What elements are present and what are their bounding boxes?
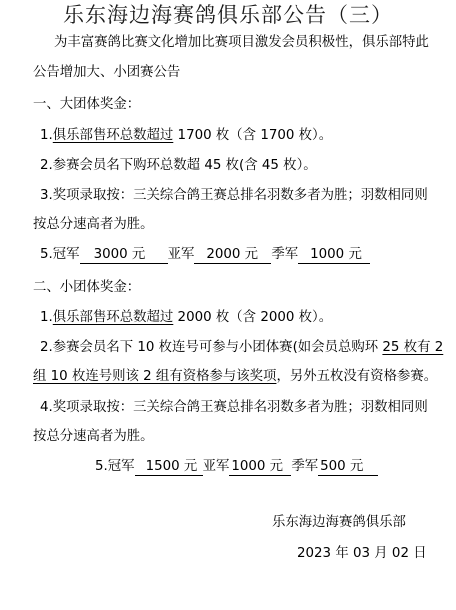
section1-first-label: 冠军 (53, 247, 80, 262)
section2-item1-prefix: 1. (40, 310, 53, 325)
section2-item2-line2: 组 10 枚连号则该 2 组有资格参与该奖项，另外五枚没有资格参赛。 (33, 368, 437, 386)
section1-item3-line1: 3.奖项录取按：三关综合鸽王赛总排名羽数多者为胜；羽数相同则 (40, 187, 428, 205)
section1-third-value: 1000 元 (298, 247, 370, 264)
section1-item1-underlined: 俱乐部售环总数超过 (53, 128, 174, 143)
section1-second-value: 2000 元 (194, 247, 271, 264)
section1-third-label: 季军 (271, 247, 298, 262)
section1-item3-line2: 按总分速高者为胜。 (33, 216, 154, 234)
section1-item2: 2.参赛会员名下购环总数超 45 枚(含 45 枚）。 (40, 157, 317, 175)
document-title: 乐东海边海赛鸽俱乐部公告（三） (0, 2, 456, 28)
section1-prizes-prefix: 5. (40, 247, 53, 262)
section2-item2-line2-underlined: 组 10 枚连号则该 2 组有资格参与该奖项 (33, 369, 276, 384)
signature-date: 2023 年 03 月 02 日 (297, 545, 427, 563)
section2-third-value: 500 元 (318, 459, 378, 476)
section2-item2-line1: 2.参赛会员名下 10 枚连号可参与小团体赛(如会员总购环 25 枚有 2 (40, 339, 443, 357)
section2-prizes-prefix: 5. (95, 459, 108, 474)
signature-organization: 乐东海边海赛鸽俱乐部 (272, 514, 406, 532)
section2-item4-line1: 4.奖项录取按：三关综合鸽王赛总排名羽数多者为胜；羽数相同则 (40, 399, 428, 417)
section2-item1-underlined: 俱乐部售环总数超过 (53, 310, 174, 325)
section1-first-value: 3000 元 (80, 247, 168, 264)
intro-line-2: 公告增加大、小团赛公告 (33, 64, 180, 82)
section2-second-value: 1000 元 (229, 459, 291, 476)
section1-prizes: 5.冠军3000 元亚军2000 元季军1000 元 (40, 246, 370, 264)
section1-heading: 一、大团体奖金： (33, 96, 140, 114)
section2-item2-line1-plain: 2.参赛会员名下 10 枚连号可参与小团体赛(如会员总购环 (40, 340, 382, 355)
section2-first-label: 冠军 (108, 459, 135, 474)
section2-third-label: 季军 (291, 459, 318, 474)
section1-item1: 1.俱乐部售环总数超过 1700 枚（含 1700 枚）。 (40, 127, 332, 145)
section2-item4-line2: 按总分速高者为胜。 (33, 428, 154, 446)
section1-second-label: 亚军 (168, 247, 195, 262)
section2-item2-line2-plain: ，另外五枚没有资格参赛。 (276, 369, 437, 384)
section2-item2-line1-underlined: 25 枚有 2 (382, 340, 443, 355)
section2-second-label: 亚军 (203, 459, 230, 474)
section2-heading: 二、小团体奖金： (33, 279, 140, 297)
section1-item1-rest: 1700 枚（含 1700 枚）。 (173, 128, 332, 143)
intro-line-1: 为丰富赛鸽比赛文化增加比赛项目激发会员积极性，俱乐部特此 (54, 34, 429, 52)
section2-prizes: 5.冠军1500 元亚军1000 元季军500 元 (95, 458, 378, 476)
section1-item1-prefix: 1. (40, 128, 53, 143)
section2-first-value: 1500 元 (135, 459, 203, 476)
announcement-document: 乐东海边海赛鸽俱乐部公告（三） 为丰富赛鸽比赛文化增加比赛项目激发会员积极性，俱… (0, 0, 456, 610)
section2-item1: 1.俱乐部售环总数超过 2000 枚（含 2000 枚）。 (40, 309, 332, 327)
section2-item1-rest: 2000 枚（含 2000 枚）。 (173, 310, 332, 325)
